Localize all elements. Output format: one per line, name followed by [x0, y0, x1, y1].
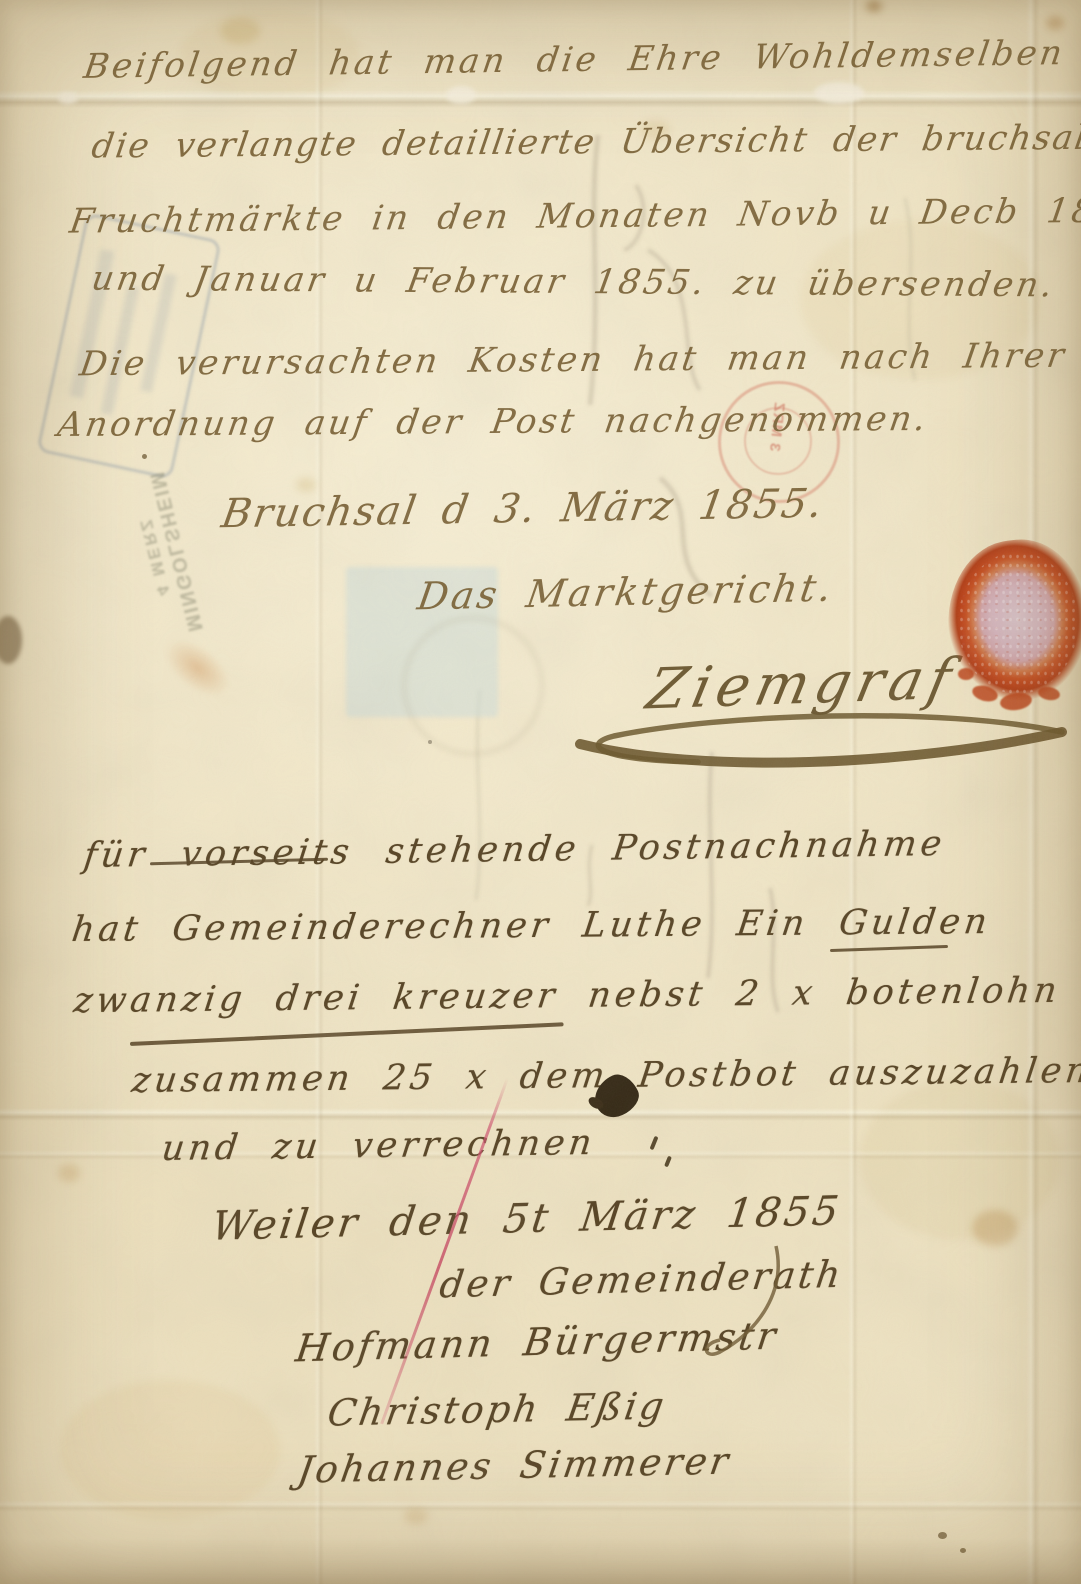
letter-page: MINGOLSHEIM 4 MERZ 3 MRZ Beifolgend hat … [0, 0, 1081, 1584]
small-stain [972, 1210, 1018, 1246]
small-stain [58, 1164, 80, 1182]
dateline-bruchsal: Bruchsal d 3. März 1855. [218, 481, 827, 538]
wax-seal-texture [958, 552, 1078, 695]
handwriting-line: zwanzig drei kreuzer nebst 2 x botenlohn [71, 971, 1063, 1021]
ink-tick [650, 1136, 659, 1150]
sender-gemeinderath: der Gemeinderath [437, 1253, 846, 1307]
handwriting-line: und zu verrechnen [159, 1123, 597, 1169]
fold-crease-vertical-right [1026, 0, 1040, 1584]
signature-buergermeister: Hofmann Bürgermstr [293, 1314, 781, 1371]
fold-crease-middle [0, 1108, 1081, 1121]
bottom-edge-shadow [0, 1538, 1081, 1584]
underline-zwanzig-drei-kreuzer [130, 1022, 564, 1045]
signature-marktgericht: Ziemgraf [641, 646, 963, 722]
embossed-seal-ghost-ring [402, 616, 544, 756]
small-stain [220, 18, 260, 44]
paper-stain [60, 1380, 280, 1520]
signature-simmerer: Johannes Simmerer [295, 1439, 734, 1491]
handwriting-line: für vorseits stehende Postnachnahme [82, 824, 948, 876]
handwriting-line: und Januar u Februar 1855. zu übersenden… [89, 259, 1059, 306]
signature-essig: Christoph Eßig [325, 1384, 670, 1434]
fold-crease-bottom [0, 1500, 1081, 1512]
wax-seal [948, 540, 1081, 706]
wax-seal-edge-bump [958, 668, 974, 680]
sender-marktgericht: Das Marktgericht. [415, 566, 838, 619]
handwriting-line: die verlangte detaillierte Übersicht der… [89, 117, 1081, 166]
small-stain [404, 1508, 428, 1524]
edge-blot [0, 616, 22, 664]
mirrored-town-stamp: MINGOLSHEIM 4 MERZ [94, 452, 210, 663]
fold-crease-top [0, 90, 1081, 108]
dateline-weiler: Weiler den 5t März 1855 [209, 1188, 844, 1250]
crease-damage-spot [58, 92, 78, 104]
fold-crease-vertical-center [848, 0, 858, 1584]
crease-damage-spot [446, 86, 476, 104]
small-stain [1046, 16, 1064, 30]
handwriting-line: hat Gemeinderechner Luthe Ein Gulden [69, 902, 993, 950]
crease-damage-spot [814, 82, 864, 104]
handwriting-line: Anordnung auf der Post nachgenommen. [55, 399, 931, 445]
small-stain [866, 0, 882, 12]
